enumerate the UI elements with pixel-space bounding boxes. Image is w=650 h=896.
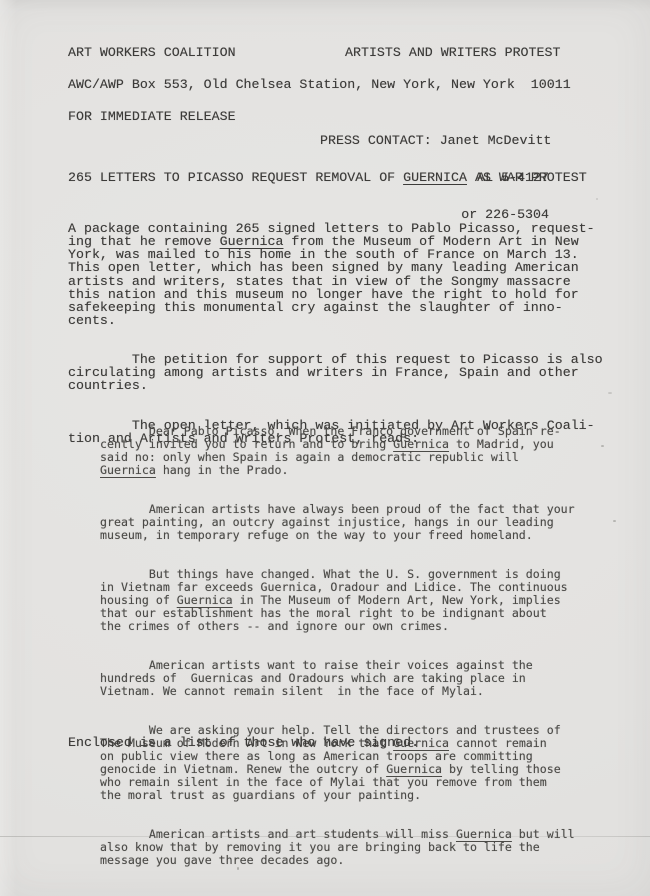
body-paragraph-2: The petition for support of this request… (68, 353, 603, 392)
paper-speck (608, 392, 612, 394)
release-line: FOR IMMEDIATE RELEASE (68, 110, 236, 123)
paper-speck (596, 198, 598, 200)
headline: 265 LETTERS TO PICASSO REQUEST REMOVAL O… (68, 171, 587, 184)
letter-paragraph-1: Dear Pablo Picasso, When the Franco gove… (100, 425, 575, 477)
org-name-left: ART WORKERS COALITION (68, 46, 236, 59)
paper-speck (601, 445, 604, 447)
fold-crease-line (0, 836, 650, 837)
body-paragraph-1: A package containing 265 signed letters … (68, 222, 603, 327)
quoted-open-letter: Dear Pablo Picasso, When the Franco gove… (100, 399, 575, 893)
letter-paragraph-4: American artists want to raise their voi… (100, 659, 575, 698)
paper-speck (237, 867, 239, 870)
address-line: AWC/AWP Box 553, Old Chelsea Station, Ne… (68, 78, 571, 91)
press-contact-name: PRESS CONTACT: Janet McDevitt (320, 135, 549, 147)
org-name-right: ARTISTS AND WRITERS PROTEST (345, 46, 560, 59)
letter-paragraph-2: American artists have always been proud … (100, 503, 575, 542)
paper-speck (613, 520, 616, 522)
press-release-page: ART WORKERS COALITION ARTISTS AND WRITER… (0, 0, 650, 896)
letter-paragraph-6: American artists and art students will m… (100, 828, 575, 867)
letter-paragraph-3: But things have changed. What the U. S. … (100, 568, 575, 633)
closing-line: Enclosed is a list of those who have sig… (68, 736, 419, 749)
